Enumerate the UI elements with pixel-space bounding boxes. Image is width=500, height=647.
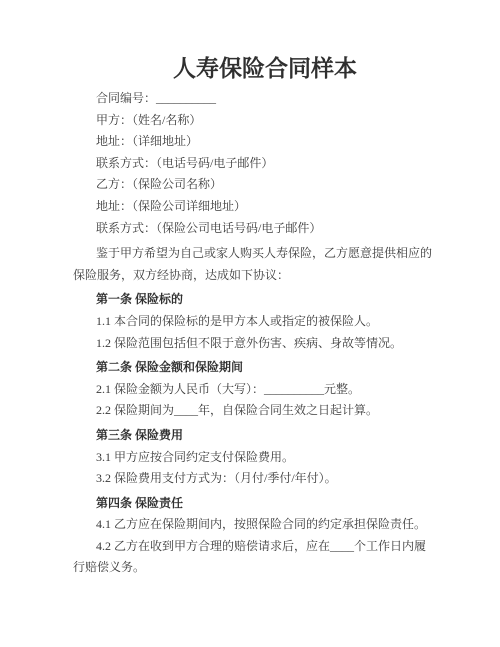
clause-1-2: 1.2 保险范围包括但不限于意外伤害、疾病、身故等情况。: [73, 333, 445, 355]
contract-number-line: 合同编号：__________: [73, 88, 445, 110]
clause-2-2: 2.2 保险期间为____年，自保险合同生效之日起计算。: [73, 400, 445, 422]
clause-4-2: 4.2 乙方在收到甲方合理的赔偿请求后，应在____个工作日内履: [73, 536, 445, 558]
party-a-address-line: 地址：（详细地址）: [73, 131, 445, 153]
clause-3-2: 3.2 保险费用支付方式为：（月付/季付/年付）。: [73, 468, 445, 490]
clause-3-1: 3.1 甲方应按合同约定支付保险费用。: [73, 447, 445, 469]
clause-2-1: 2.1 保险金额为人民币（大写）：__________元整。: [73, 379, 445, 401]
contract-document: 人寿保险合同样本 合同编号：__________ 甲方：（姓名/名称） 地址：（…: [0, 0, 500, 647]
section-1-heading: 第一条 保险标的: [73, 289, 445, 311]
party-b-line: 乙方：（保险公司名称）: [73, 174, 445, 196]
page-title: 人寿保险合同样本: [0, 0, 500, 82]
preamble-line-1: 鉴于甲方希望为自己或家人购买人寿保险，乙方愿意提供相应的: [73, 243, 445, 265]
party-b-address-line: 地址：（保险公司详细地址）: [73, 196, 445, 218]
party-a-line: 甲方：（姓名/名称）: [73, 110, 445, 132]
contract-body: 合同编号：__________ 甲方：（姓名/名称） 地址：（详细地址） 联系方…: [73, 88, 445, 579]
party-b-contact-line: 联系方式：（保险公司电话号码/电子邮件）: [73, 218, 445, 240]
party-a-contact-line: 联系方式：（电话号码/电子邮件）: [73, 153, 445, 175]
section-3-heading: 第三条 保险费用: [73, 425, 445, 447]
clause-4-2-continuation: 行赔偿义务。: [73, 557, 445, 579]
clause-4-1: 4.1 乙方应在保险期间内，按照保险合同的约定承担保险责任。: [73, 514, 445, 536]
section-2-heading: 第二条 保险金额和保险期间: [73, 357, 445, 379]
preamble-line-2: 保险服务，双方经协商，达成如下协议：: [73, 265, 445, 287]
clause-1-1: 1.1 本合同的保险标的是甲方本人或指定的被保险人。: [73, 311, 445, 333]
section-4-heading: 第四条 保险责任: [73, 493, 445, 515]
